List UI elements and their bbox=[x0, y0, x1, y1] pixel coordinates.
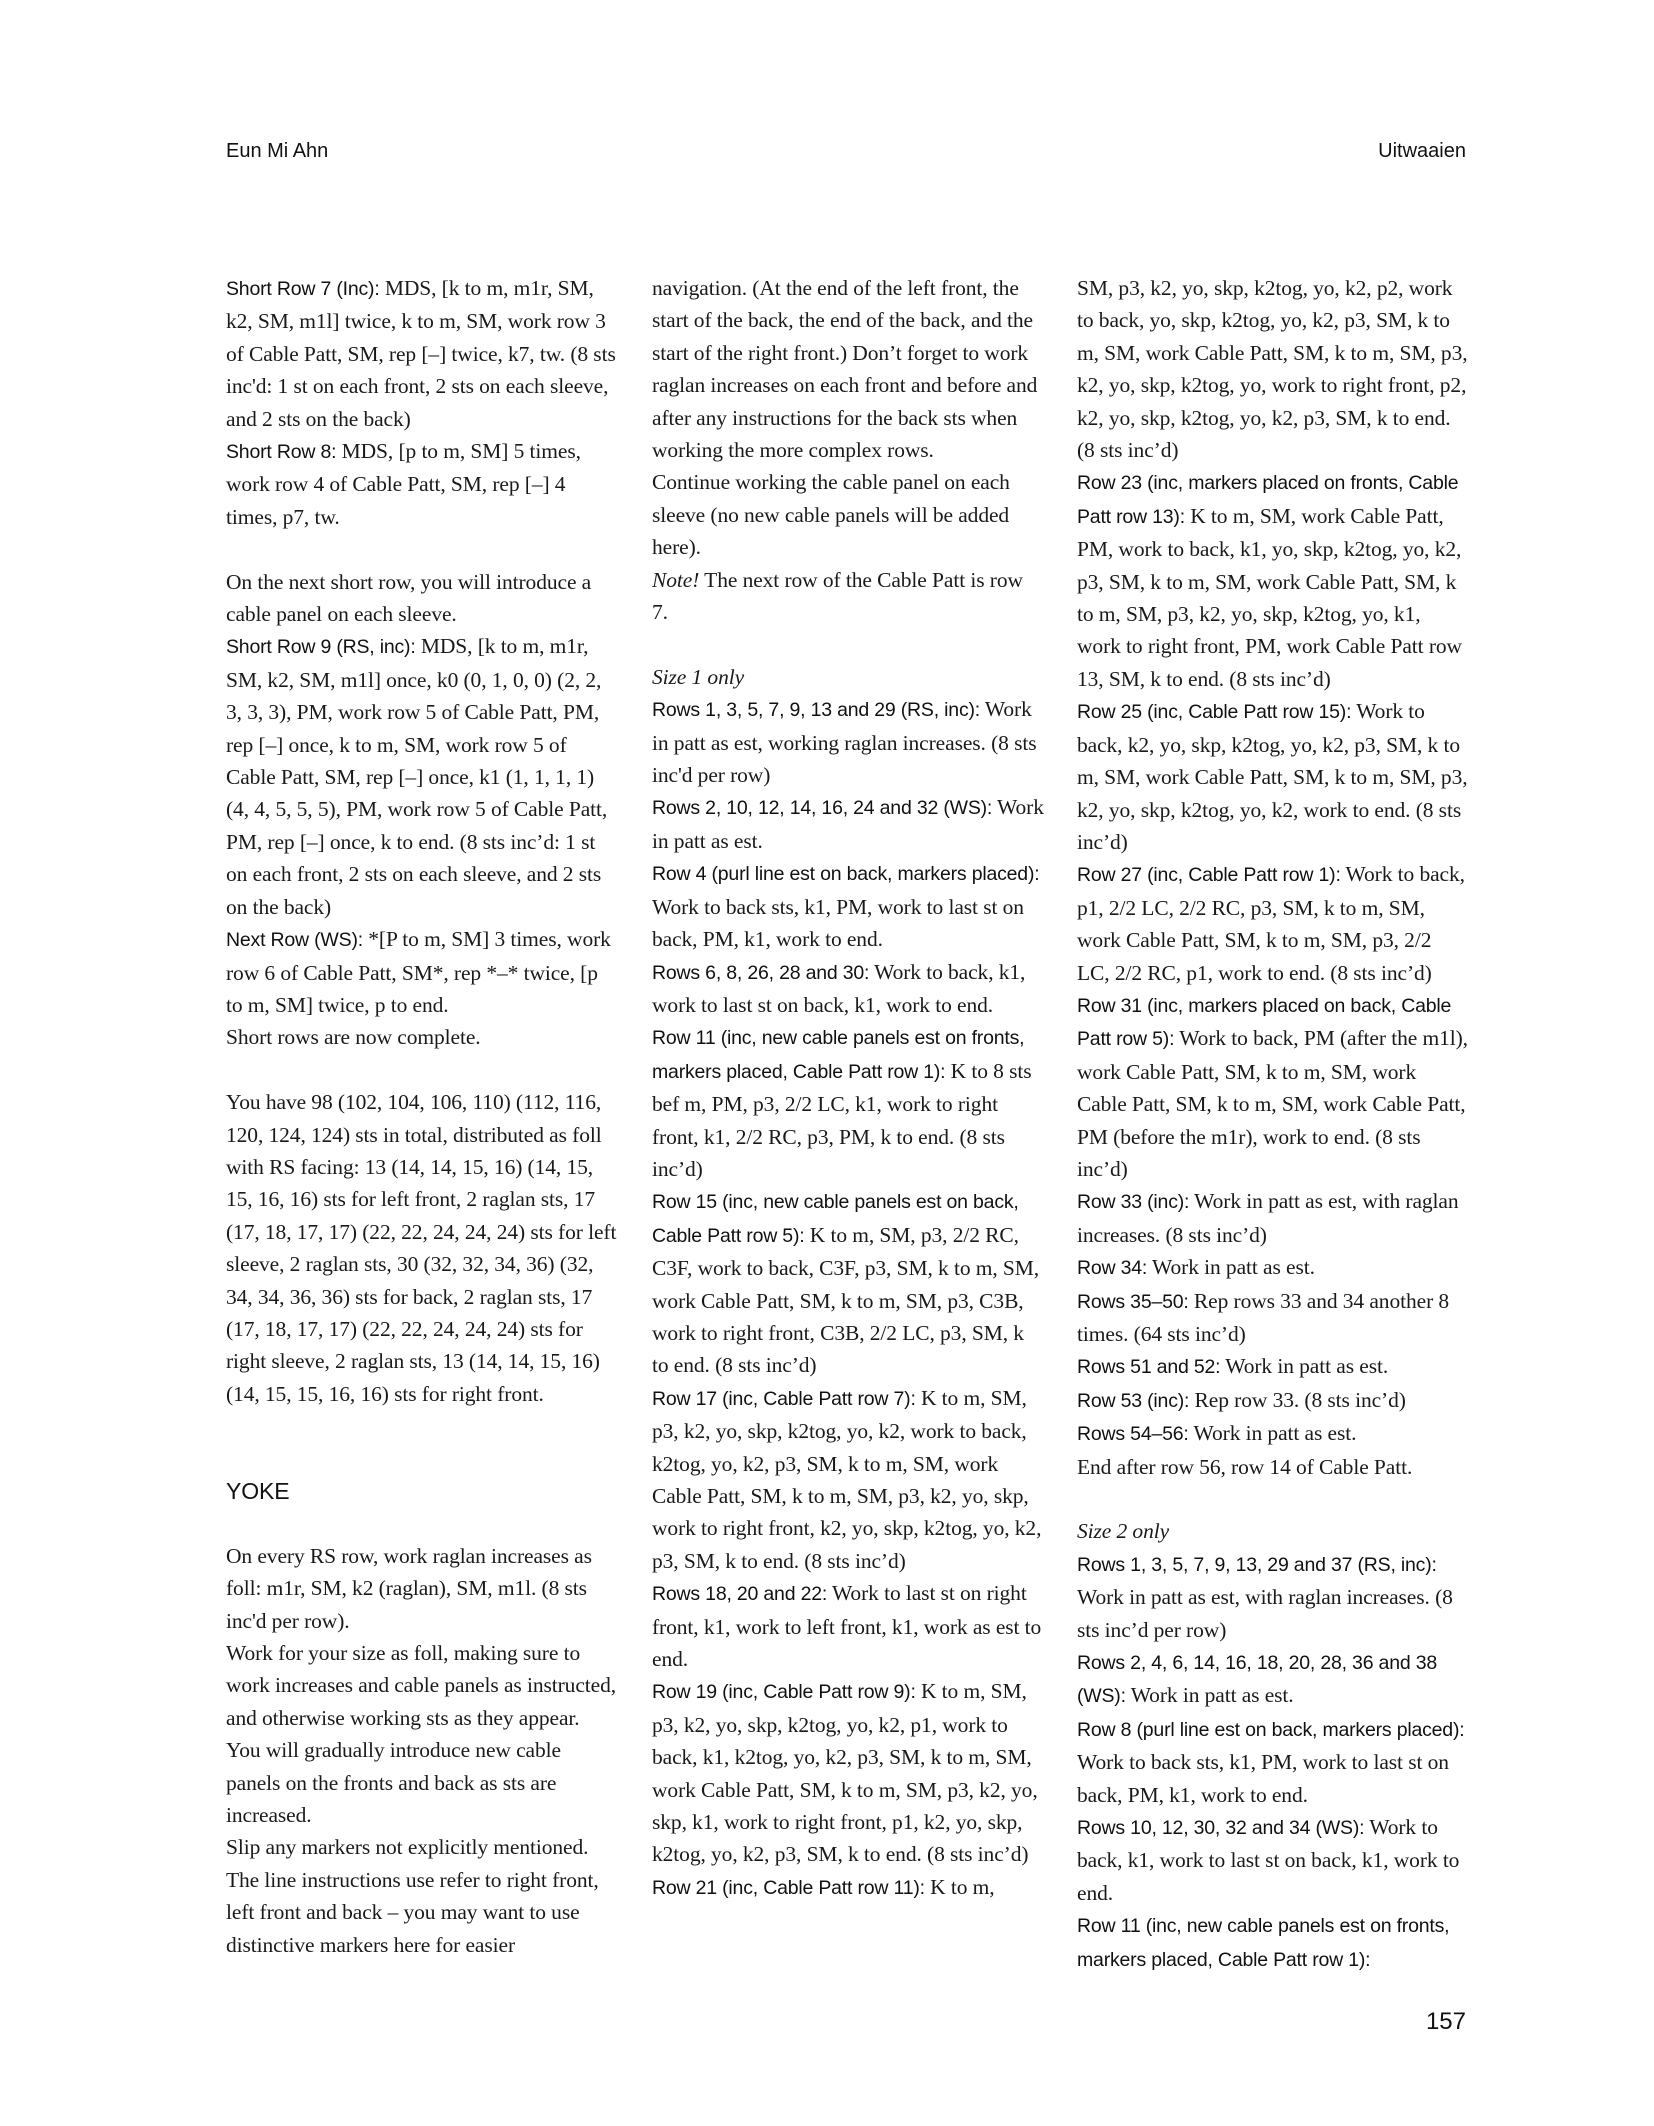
paragraph-yoke-work-size: Work for your size as foll, making sure … bbox=[226, 1637, 618, 1831]
instruction-row: Row 11 (inc, new cable panels est on fro… bbox=[652, 1021, 1044, 1185]
instruction-label: Row 4 (purl line est on back, markers pl… bbox=[652, 863, 1039, 885]
instruction-row: Row 23 (inc, markers placed on fronts, C… bbox=[1077, 466, 1469, 695]
column-2: navigation. (At the end of the left fron… bbox=[652, 272, 1044, 1904]
instruction-row: Row 27 (inc, Cable Patt row 1): Work to … bbox=[1077, 858, 1469, 989]
instruction-text: Work in patt as est. bbox=[1126, 1683, 1294, 1707]
instruction-row: Rows 6, 8, 26, 28 and 30: Work to back, … bbox=[652, 956, 1044, 1022]
instruction-text: Work in patt as est. bbox=[1189, 1421, 1357, 1445]
spacer bbox=[226, 533, 618, 565]
instruction-text: Work to back sts, k1, PM, work to last s… bbox=[1077, 1750, 1449, 1806]
instruction-label: Rows 1, 3, 5, 7, 9, 13 and 29 (RS, inc): bbox=[652, 699, 980, 721]
instruction-label: Row 25 (inc, Cable Patt row 15): bbox=[1077, 701, 1351, 723]
instruction-label: Next Row (WS): bbox=[226, 929, 363, 951]
instruction-text: Rep row 33. (8 sts inc’d) bbox=[1189, 1388, 1406, 1412]
instruction-row: Row 21 (inc, Cable Patt row 11): K to m, bbox=[652, 1871, 1044, 1904]
instruction-label: Row 33 (inc): bbox=[1077, 1191, 1189, 1213]
instruction-row: Row 19 (inc, Cable Patt row 9): K to m, … bbox=[652, 1675, 1044, 1870]
instruction-row: Row 25 (inc, Cable Patt row 15): Work to… bbox=[1077, 695, 1469, 858]
section-heading-yoke: YOKE bbox=[226, 1475, 618, 1507]
page-number: 157 bbox=[1426, 2008, 1466, 2036]
running-head-pattern-name: Uitwaaien bbox=[1378, 140, 1466, 163]
instruction-label: Row 8 (purl line est on back, markers pl… bbox=[1077, 1719, 1464, 1741]
instruction-label: Row 19 (inc, Cable Patt row 9): bbox=[652, 1681, 916, 1703]
instruction-label: Row 27 (inc, Cable Patt row 1): bbox=[1077, 864, 1341, 886]
note-label: Note! bbox=[652, 568, 699, 592]
paragraph-size-1-end: End after row 56, row 14 of Cable Patt. bbox=[1077, 1451, 1469, 1483]
instruction-row: Row 33 (inc): Work in patt as est, with … bbox=[1077, 1185, 1469, 1251]
instruction-row: Row 8 (purl line est on back, markers pl… bbox=[1077, 1713, 1469, 1811]
instruction-row: Rows 54–56: Work in patt as est. bbox=[1077, 1417, 1469, 1450]
instruction-row: Row 31 (inc, markers placed on back, Cab… bbox=[1077, 989, 1469, 1185]
instruction-row: Row 34: Work in patt as est. bbox=[1077, 1251, 1469, 1284]
instruction-label: Row 21 (inc, Cable Patt row 11): bbox=[652, 1877, 925, 1899]
instruction-text: Work in patt as est. bbox=[1220, 1354, 1388, 1378]
instruction-row: Row 17 (inc, Cable Patt row 7): K to m, … bbox=[652, 1382, 1044, 1577]
instruction-label: Rows 2, 10, 12, 14, 16, 24 and 32 (WS): bbox=[652, 797, 992, 819]
instruction-row: Rows 10, 12, 30, 32 and 34 (WS): Work to… bbox=[1077, 1811, 1469, 1909]
running-head-author: Eun Mi Ahn bbox=[226, 140, 328, 163]
instruction-label: Rows 54–56: bbox=[1077, 1423, 1189, 1445]
instruction-text: MDS, [k to m, m1r, SM, k2, SM, m1l] once… bbox=[226, 634, 607, 918]
instruction-text: Work in patt as est, with raglan increas… bbox=[1077, 1585, 1453, 1641]
instruction-label: Rows 51 and 52: bbox=[1077, 1356, 1220, 1378]
instruction-row-21-continued: SM, p3, k2, yo, skp, k2tog, yo, k2, p2, … bbox=[1077, 272, 1469, 466]
subheading-size-1: Size 1 only bbox=[652, 661, 1044, 693]
instruction-row: Row 15 (inc, new cable panels est on bac… bbox=[652, 1185, 1044, 1381]
instruction-short-row-8: Short Row 8: MDS, [p to m, SM] 5 times, … bbox=[226, 435, 618, 533]
paragraph-continue-cable: Continue working the cable panel on each… bbox=[652, 466, 1044, 563]
instruction-text: Work to back sts, k1, PM, work to last s… bbox=[652, 895, 1024, 951]
instruction-next-row-ws: Next Row (WS): *[P to m, SM] 3 times, wo… bbox=[226, 923, 618, 1021]
instruction-text: K to m, SM, p3, k2, yo, skp, k2tog, yo, … bbox=[652, 1386, 1041, 1573]
instruction-row: Rows 18, 20 and 22: Work to last st on r… bbox=[652, 1577, 1044, 1675]
instruction-label: Rows 6, 8, 26, 28 and 30: bbox=[652, 962, 869, 984]
instruction-label: Row 53 (inc): bbox=[1077, 1390, 1189, 1412]
instruction-label: Row 17 (inc, Cable Patt row 7): bbox=[652, 1388, 916, 1410]
instruction-text: Work in patt as est. bbox=[1147, 1255, 1315, 1279]
instruction-row: Rows 2, 10, 12, 14, 16, 24 and 32 (WS): … bbox=[652, 791, 1044, 857]
column-3: SM, p3, k2, yo, skp, k2tog, yo, k2, p2, … bbox=[1077, 272, 1469, 1976]
instruction-label: Short Row 8: bbox=[226, 441, 336, 463]
instruction-label: Rows 1, 3, 5, 7, 9, 13, 29 and 37 (RS, i… bbox=[1077, 1554, 1437, 1576]
instruction-label: Rows 35–50: bbox=[1077, 1291, 1189, 1313]
instruction-label: Rows 18, 20 and 22: bbox=[652, 1583, 827, 1605]
instruction-label: Rows 10, 12, 30, 32 and 34 (WS): bbox=[1077, 1817, 1364, 1839]
paragraph-intro-cable-panel: On the next short row, you will introduc… bbox=[226, 566, 618, 631]
subheading-size-2: Size 2 only bbox=[1077, 1515, 1469, 1547]
instruction-text: K to m, bbox=[925, 1875, 995, 1899]
paragraph-navigation: navigation. (At the end of the left fron… bbox=[652, 272, 1044, 466]
instruction-label: Short Row 9 (RS, inc): bbox=[226, 636, 416, 658]
instruction-label: Row 34: bbox=[1077, 1257, 1147, 1279]
spacer bbox=[1077, 1483, 1469, 1515]
spacer bbox=[652, 628, 1044, 660]
spacer bbox=[226, 1410, 618, 1475]
spacer bbox=[226, 1507, 618, 1539]
instruction-text: K to m, SM, work Cable Patt, PM, work to… bbox=[1077, 504, 1462, 691]
instruction-short-row-7: Short Row 7 (Inc): MDS, [k to m, m1r, SM… bbox=[226, 272, 618, 435]
instruction-short-row-9: Short Row 9 (RS, inc): MDS, [k to m, m1r… bbox=[226, 630, 618, 923]
instruction-row: Row 11 (inc, new cable panels est on fro… bbox=[1077, 1909, 1469, 1976]
note-text: The next row of the Cable Patt is row 7. bbox=[652, 568, 1023, 624]
paragraph-yoke-raglan: On every RS row, work raglan increases a… bbox=[226, 1540, 618, 1637]
instruction-row: Row 53 (inc): Rep row 33. (8 sts inc’d) bbox=[1077, 1384, 1469, 1417]
note-paragraph: Note! The next row of the Cable Patt is … bbox=[652, 564, 1044, 629]
instruction-text: K to m, SM, p3, k2, yo, skp, k2tog, yo, … bbox=[652, 1679, 1038, 1866]
column-1: Short Row 7 (Inc): MDS, [k to m, m1r, SM… bbox=[226, 272, 618, 1961]
instruction-row: Rows 1, 3, 5, 7, 9, 13 and 29 (RS, inc):… bbox=[652, 693, 1044, 791]
instruction-label: Short Row 7 (Inc): bbox=[226, 278, 380, 300]
instruction-row: Row 4 (purl line est on back, markers pl… bbox=[652, 857, 1044, 955]
instruction-label: Row 11 (inc, new cable panels est on fro… bbox=[1077, 1915, 1449, 1970]
paragraph-stitch-summary: You have 98 (102, 104, 106, 110) (112, 1… bbox=[226, 1086, 618, 1410]
spacer bbox=[226, 1054, 618, 1086]
paragraph-short-rows-complete: Short rows are now complete. bbox=[226, 1021, 618, 1053]
instruction-row: Rows 35–50: Rep rows 33 and 34 another 8… bbox=[1077, 1285, 1469, 1351]
instruction-row: Rows 1, 3, 5, 7, 9, 13, 29 and 37 (RS, i… bbox=[1077, 1548, 1469, 1646]
instruction-row: Rows 2, 4, 6, 14, 16, 18, 20, 28, 36 and… bbox=[1077, 1646, 1469, 1713]
paragraph-yoke-slip-markers: Slip any markers not explicitly mentione… bbox=[226, 1831, 618, 1961]
instruction-row: Rows 51 and 52: Work in patt as est. bbox=[1077, 1350, 1469, 1383]
